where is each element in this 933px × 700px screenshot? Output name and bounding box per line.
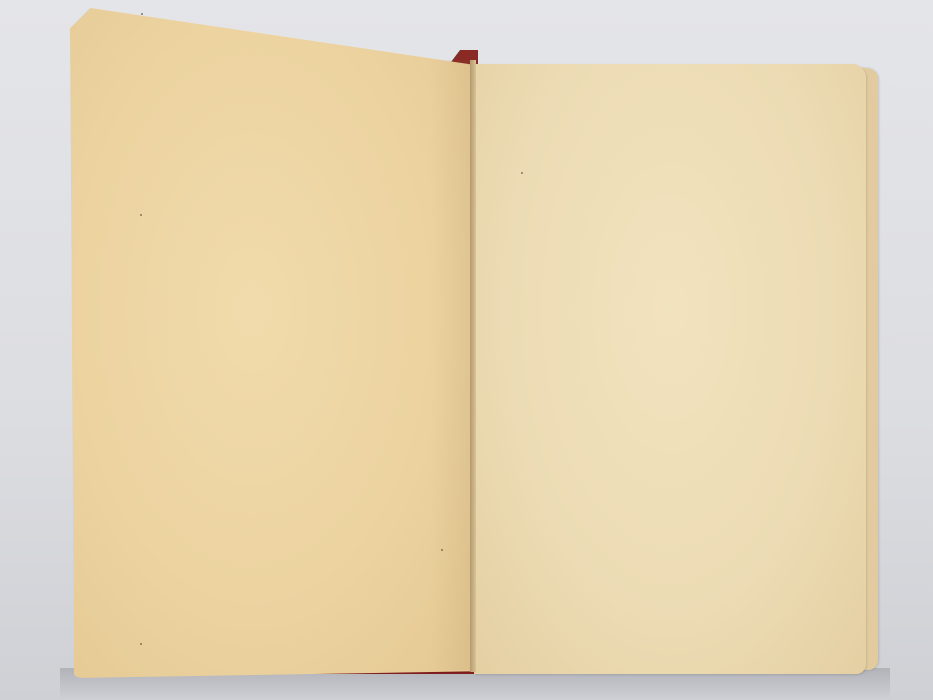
paper-speck bbox=[141, 13, 143, 15]
paper-speck bbox=[140, 643, 142, 645]
paper-speck bbox=[521, 172, 523, 174]
right-page bbox=[474, 64, 866, 674]
paper-speck bbox=[441, 549, 443, 551]
book-gutter bbox=[470, 60, 476, 672]
left-page bbox=[70, 8, 475, 678]
left-page-shade bbox=[430, 60, 475, 670]
paper-speck bbox=[140, 214, 142, 216]
